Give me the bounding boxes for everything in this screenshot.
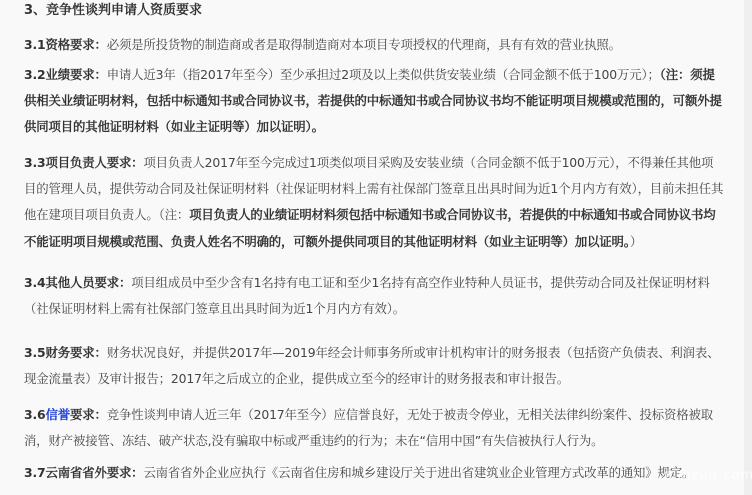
note-close: ） bbox=[630, 234, 642, 249]
requirement-text: 必须是所投货物的制造商或者是取得制造商对本项目专项授权的代理商，具有有效的营业执… bbox=[107, 37, 621, 52]
requirement-label-prefix: 3.6 bbox=[24, 407, 46, 422]
requirement-other-staff: 3.4其他人员要求：项目组成员中至少含有1名持有电工证和至少1名持有高空作业特种… bbox=[24, 270, 724, 322]
requirement-text: 竞争性谈判申请人近三年（2017年至今）应信誉良好，无处于被责令停业，无相关法律… bbox=[24, 407, 713, 448]
requirement-performance: 3.2业绩要求：申请人近3年（指2017年至今）至少承担过2项及以上类似供货安装… bbox=[24, 62, 724, 141]
requirement-project-manager: 3.3项目负责人要求：项目负责人2017年至今完成过1项类似项目采购及安装业绩（… bbox=[24, 150, 724, 255]
requirement-credit: 3.6信誉要求：竞争性谈判申请人近三年（2017年至今）应信誉良好，无处于被责令… bbox=[24, 402, 724, 454]
requirement-text: 财务状况良好，并提供2017年—2019年经会计师事务所或审计机构审计的财务报表… bbox=[24, 345, 719, 386]
requirement-text: 云南省省外企业应执行《云南省住房和城乡建设厅关于进出省建筑业企业管理方式改革的通… bbox=[143, 465, 694, 480]
requirement-qualification: 3.1资格要求：必须是所投货物的制造商或者是取得制造商对本项目专项授权的代理商，… bbox=[24, 32, 621, 58]
highlighted-term-link[interactable]: 信誉 bbox=[46, 407, 70, 422]
requirement-label: 3.1资格要求： bbox=[24, 37, 107, 52]
requirement-financial: 3.5财务要求：财务状况良好，并提供2017年—2019年经会计师事务所或审计机… bbox=[24, 340, 724, 392]
requirement-label: 3.4其他人员要求： bbox=[24, 275, 131, 290]
requirement-label: 3.3项目负责人要求： bbox=[24, 155, 143, 170]
requirement-label: 3.2业绩要求： bbox=[24, 67, 107, 82]
section-heading: 3、竞争性谈判申请人资质要求 bbox=[24, 4, 724, 18]
scrollbar-track[interactable] bbox=[744, 0, 752, 495]
requirement-label: 3.7云南省省外要求： bbox=[24, 465, 143, 480]
requirement-text: 申请人近3年（指2017年至今）至少承担过2项及以上类似供货安装业绩（合同金额不… bbox=[107, 67, 660, 82]
watermark: puhzuu.com bbox=[664, 468, 752, 483]
note-open: （注： bbox=[159, 207, 190, 222]
requirement-label-suffix: 要求： bbox=[70, 407, 107, 422]
requirement-out-of-province: 3.7云南省省外要求：云南省省外企业应执行《云南省住房和城乡建设厅关于进出省建筑… bbox=[24, 460, 694, 486]
document-content: 3、竞争性谈判申请人资质要求 3.1资格要求：必须是所投货物的制造商或者是取得制… bbox=[24, 0, 724, 18]
document-page: 3、竞争性谈判申请人资质要求 3.1资格要求：必须是所投货物的制造商或者是取得制… bbox=[0, 0, 752, 495]
requirement-label: 3.5财务要求： bbox=[24, 345, 107, 360]
